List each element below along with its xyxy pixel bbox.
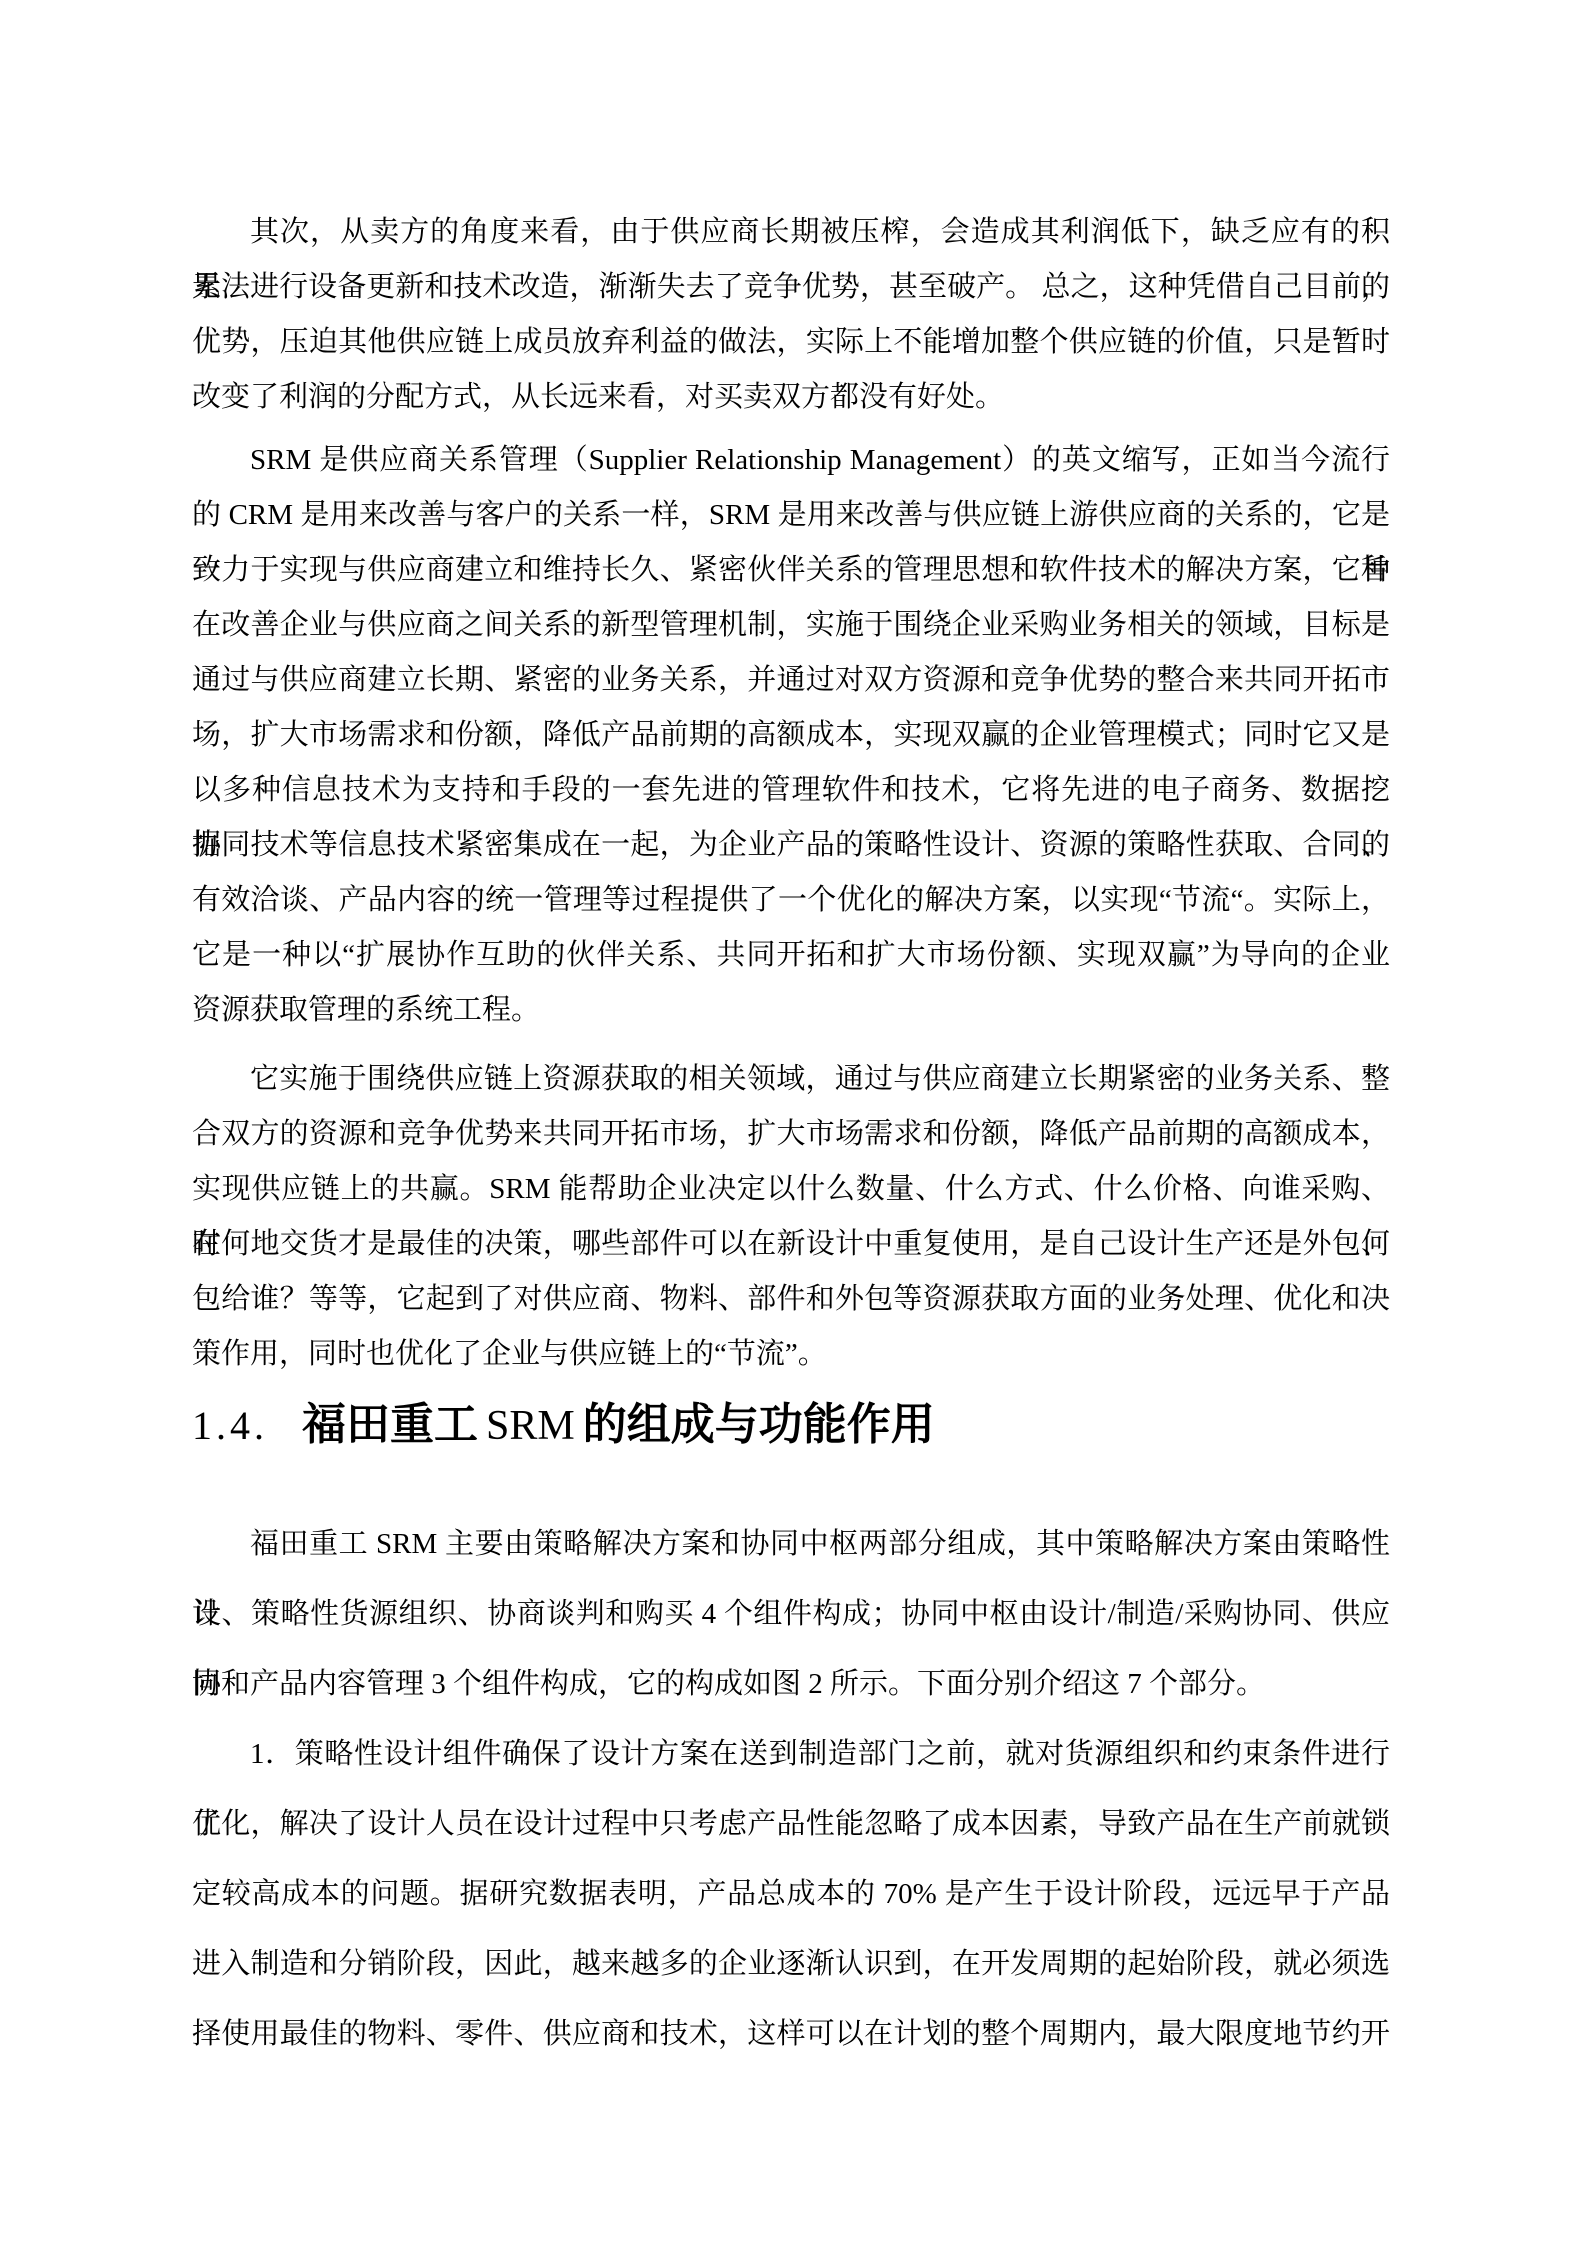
text-line: 致力于实现与供应商建立和维持长久、紧密伙伴关系的管理思想和软件技术的解决方案，它… [192,543,1390,598]
paragraph-srm-definition: SRM 是供应商关系管理（Supplier Relationship Manag… [192,433,1390,1038]
paragraph-srm-implementation: 它实施于围绕供应链上资源获取的相关领域，通过与供应商建立长期紧密的业务关系、整 … [192,1052,1390,1382]
text-line: 计、策略性货源组织、协商谈判和购买 4 个组件构成；协同中枢由设计/制造/采购协… [192,1579,1390,1649]
text-line: 1．策略性设计组件确保了设计方案在送到制造部门之前，就对货源组织和约束条件进行了 [192,1719,1390,1789]
text-line: 策作用，同时也优化了企业与供应链上的“节流”。 [192,1327,1390,1382]
document-page: 其次，从卖方的角度来看，由于供应商长期被压榨，会造成其利润低下，缺乏应有的积累，… [0,0,1587,2245]
text-line: 改变了利润的分配方式，从长远来看，对买卖双方都没有好处。 [192,370,1390,425]
heading-text-cn1: 福田重工 [302,1400,478,1449]
text-line: 它实施于围绕供应链上资源获取的相关领域，通过与供应商建立长期紧密的业务关系、整 [192,1052,1390,1107]
text-line: 优势，压迫其他供应链上成员放弃利益的做法，实际上不能增加整个供应链的价值，只是暂… [192,315,1390,370]
paragraph-srm-composition: 福田重工 SRM 主要由策略解决方案和协同中枢两部分组成，其中策略解决方案由策略… [192,1509,1390,1719]
text-line: 场，扩大市场需求和份额，降低产品前期的高额成本，实现双赢的企业管理模式；同时它又… [192,708,1390,763]
text-line: 在改善企业与供应商之间关系的新型管理机制，实施于围绕企业采购业务相关的领域，目标… [192,598,1390,653]
heading-number: 1.4. [192,1403,268,1448]
text-line: 福田重工 SRM 主要由策略解决方案和协同中枢两部分组成，其中策略解决方案由策略… [192,1509,1390,1579]
paragraph-strategic-design-component: 1．策略性设计组件确保了设计方案在送到制造部门之前，就对货源组织和约束条件进行了… [192,1719,1390,2069]
text-line: 协同技术等信息技术紧密集成在一起，为企业产品的策略性设计、资源的策略性获取、合同… [192,818,1390,873]
text-line: 有效洽谈、产品内容的统一管理等过程提供了一个优化的解决方案，以实现“节流“。实际… [192,873,1390,928]
text-line: 优化，解决了设计人员在设计过程中只考虑产品性能忽略了成本因素，导致产品在生产前就… [192,1789,1390,1859]
heading-text-latin: SRM [486,1403,575,1449]
section-heading-1-4: 1.4.福田重工SRM的组成与功能作用 [192,1396,1390,1454]
text-line: 择使用最佳的物料、零件、供应商和技术，这样可以在计划的整个周期内，最大限度地节约… [192,1999,1390,2069]
text-line: 实现供应链上的共赢。SRM 能帮助企业决定以什么数量、什么方式、什么价格、向谁采… [192,1162,1390,1217]
text-line: 进入制造和分销阶段，因此，越来越多的企业逐渐认识到，在开发周期的起始阶段，就必须… [192,1929,1390,1999]
text-line: 包给谁？等等，它起到了对供应商、物料、部件和外包等资源获取方面的业务处理、优化和… [192,1272,1390,1327]
page-content: 其次，从卖方的角度来看，由于供应商长期被压榨，会造成其利润低下，缺乏应有的积累，… [192,205,1390,2069]
text-line: 的 CRM 是用来改善与客户的关系一样，SRM 是用来改善与供应链上游供应商的关… [192,488,1390,543]
heading-text-cn2: 的组成与功能作用 [583,1400,935,1449]
text-line: 时何地交货才是最佳的决策，哪些部件可以在新设计中重复使用，是自己设计生产还是外包… [192,1217,1390,1272]
text-line: 通过与供应商建立长期、紧密的业务关系，并通过对双方资源和竞争优势的整合来共同开拓… [192,653,1390,708]
text-line: 定较高成本的问题。据研究数据表明，产品总成本的 70% 是产生于设计阶段，远远早… [192,1859,1390,1929]
text-line: 以多种信息技术为支持和手段的一套先进的管理软件和技术，它将先进的电子商务、数据挖… [192,763,1390,818]
text-line: 无法进行设备更新和技术改造，渐渐失去了竞争优势，甚至破产。 总之，这种凭借自己目… [192,260,1390,315]
text-line: SRM 是供应商关系管理（Supplier Relationship Manag… [192,433,1390,488]
text-line: 它是一种以“扩展协作互助的伙伴关系、共同开拓和扩大市场份额、实现双赢”为导向的企… [192,928,1390,983]
text-line: 同和产品内容管理 3 个组件构成，它的构成如图 2 所示。下面分别介绍这 7 个… [192,1649,1390,1719]
text-line: 其次，从卖方的角度来看，由于供应商长期被压榨，会造成其利润低下，缺乏应有的积累， [192,205,1390,260]
text-line: 合双方的资源和竞争优势来共同开拓市场，扩大市场需求和份额，降低产品前期的高额成本… [192,1107,1390,1162]
paragraph-seller-perspective: 其次，从卖方的角度来看，由于供应商长期被压榨，会造成其利润低下，缺乏应有的积累，… [192,205,1390,425]
text-line: 资源获取管理的系统工程。 [192,983,1390,1038]
